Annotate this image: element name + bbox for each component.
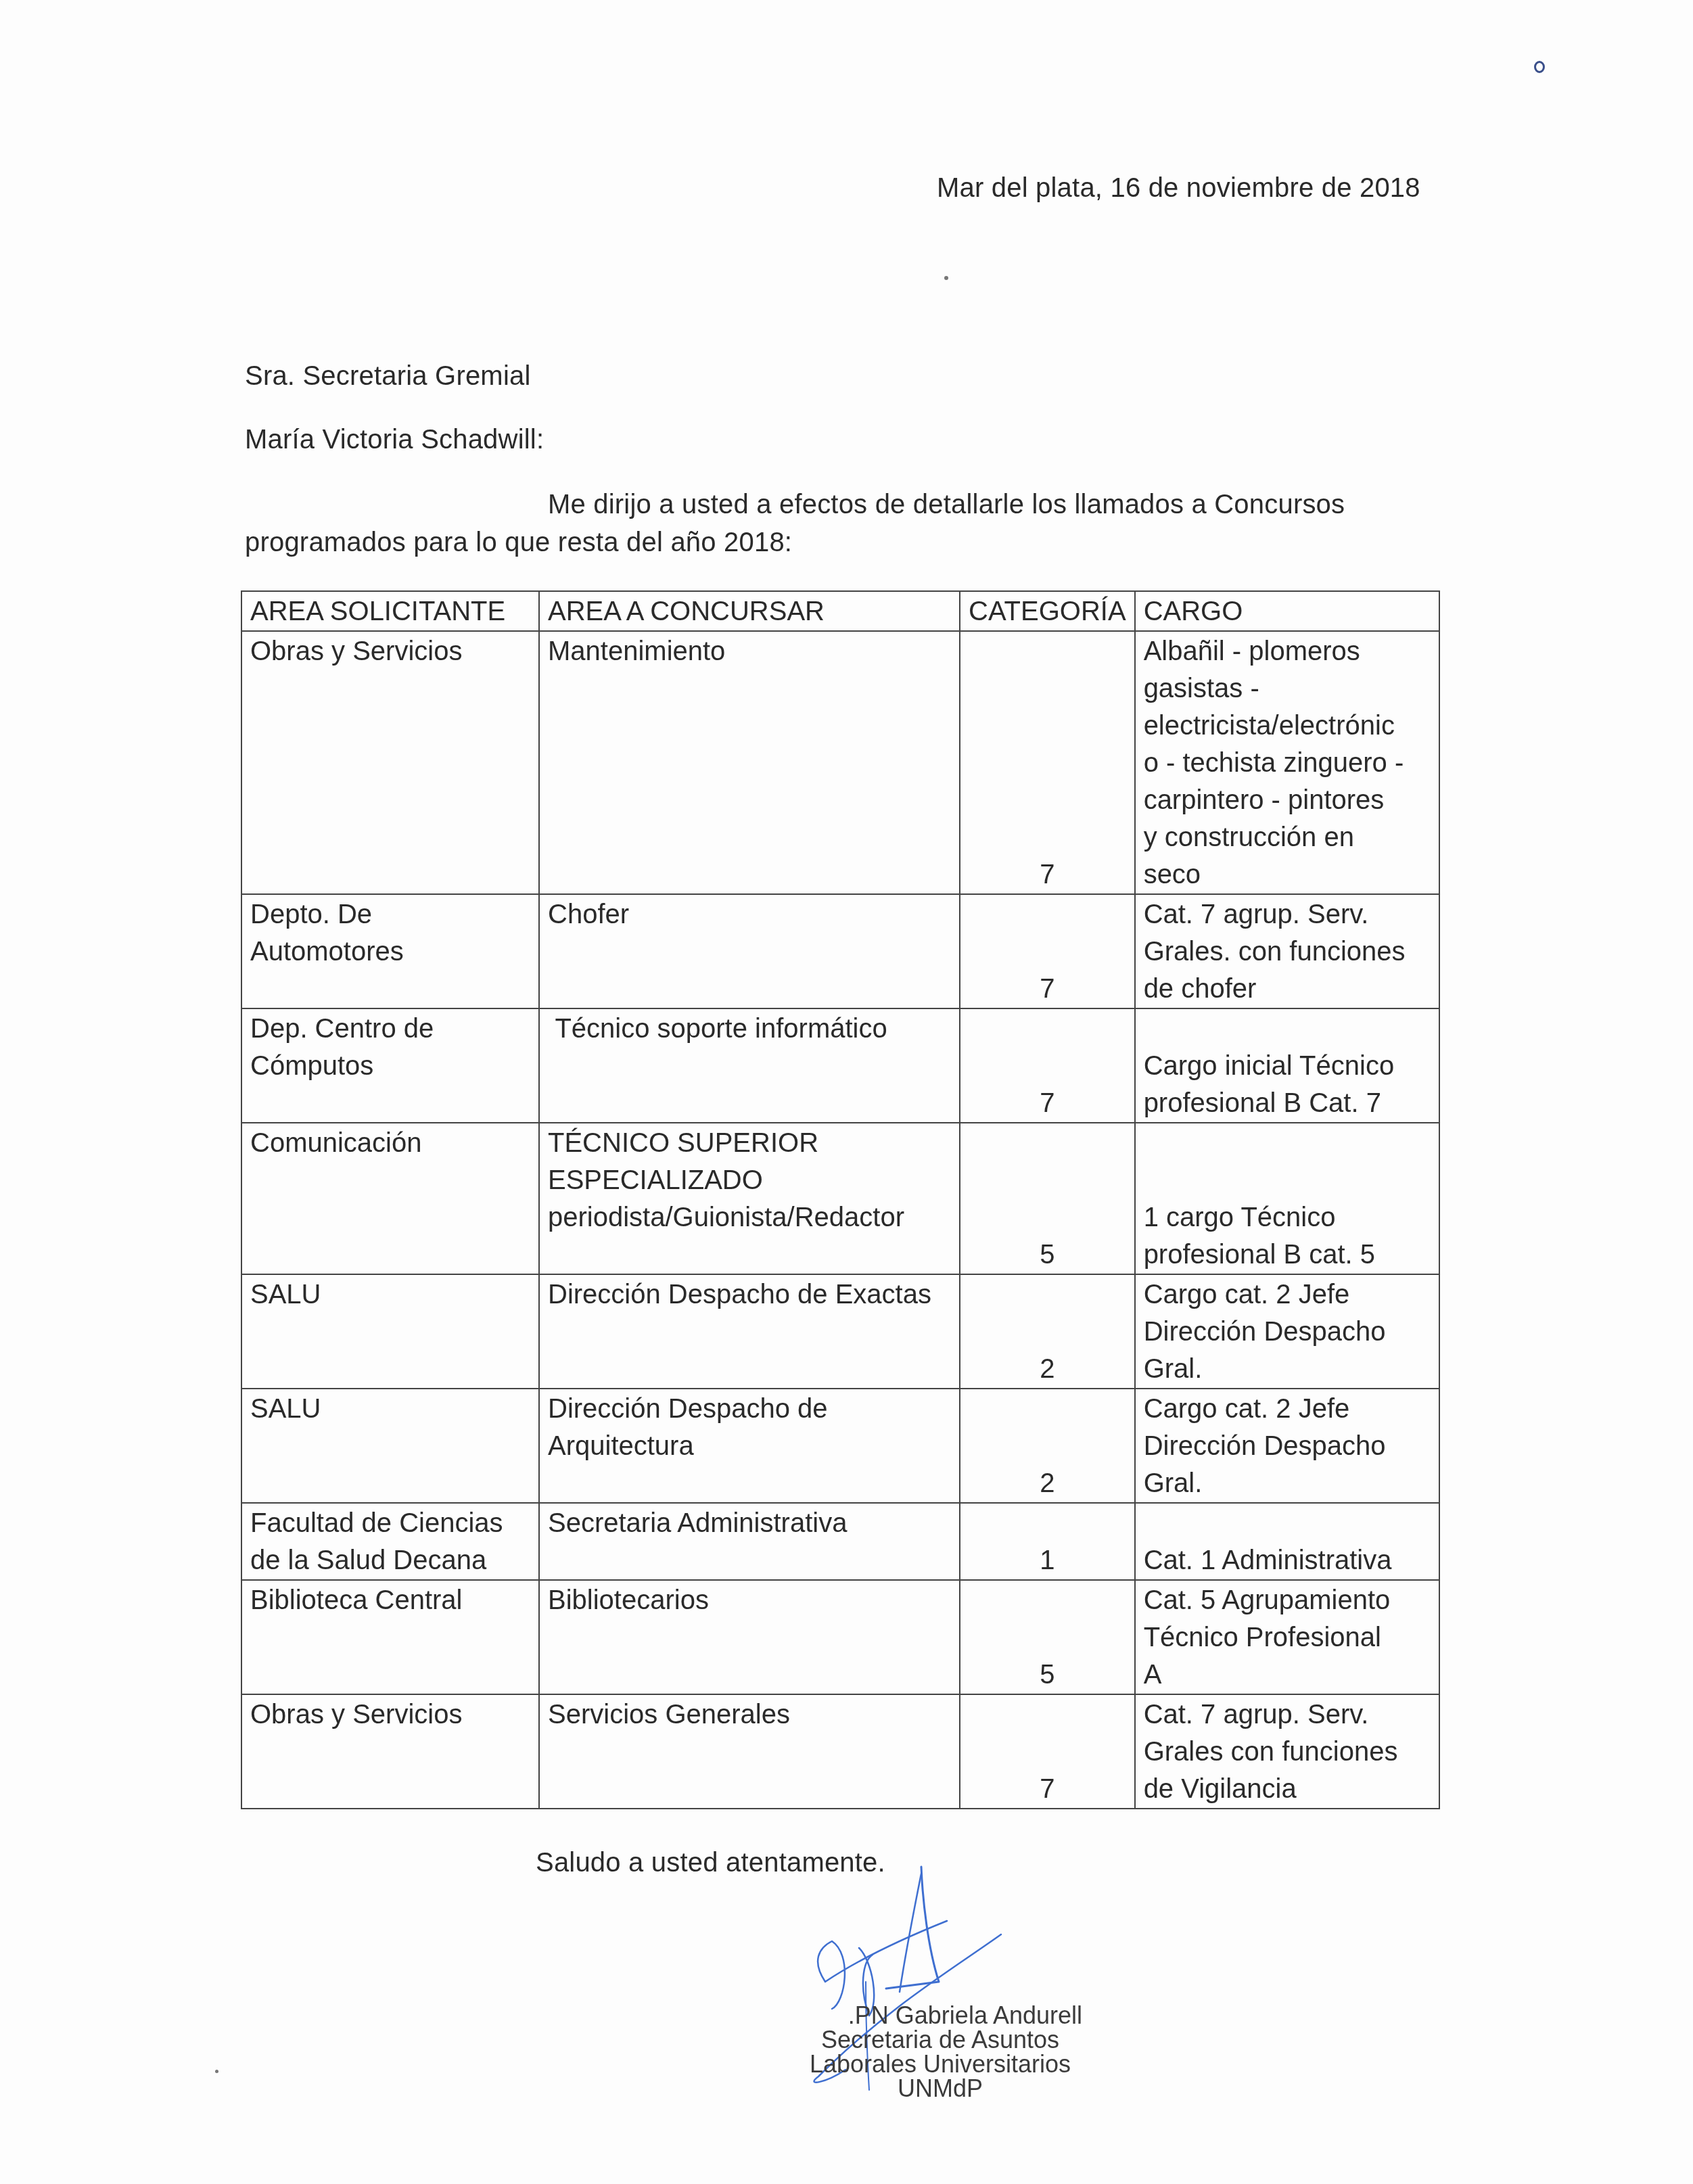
page-number-mark	[1534, 61, 1545, 73]
cell-cargo: Cargo cat. 2 JefeDirección DespachoGral.	[1135, 1274, 1439, 1389]
cell-area-concursar: Secretaria Administrativa	[539, 1503, 960, 1580]
cell-cargo-line: gasistas -	[1144, 670, 1435, 707]
cell-area-concursar-line: periodista/Guionista/Redactor	[548, 1199, 951, 1236]
cell-cargo: Cat. 7 agrup. Serv.Grales con funcionesd…	[1135, 1694, 1439, 1809]
cell-area-concursar-line: Secretaria Administrativa	[548, 1505, 951, 1542]
cell-area-concursar-line: TÉCNICO SUPERIOR	[548, 1125, 951, 1162]
table-row: SALUDirección Despacho deArquitectura2Ca…	[241, 1389, 1439, 1503]
cell-cargo-line	[1144, 1162, 1435, 1199]
cell-cargo-line: de chofer	[1144, 971, 1435, 1008]
cell-area-solicitante-line: de la Salud Decana	[250, 1542, 530, 1579]
table-row: Biblioteca CentralBibliotecarios5Cat. 5 …	[241, 1580, 1439, 1694]
cell-cargo-line: A	[1144, 1656, 1435, 1694]
cell-area-solicitante: SALU	[241, 1389, 539, 1503]
cell-cargo: Cat. 5 AgrupamientoTécnico ProfesionalA	[1135, 1580, 1439, 1694]
column-header-area-solicitante: AREA SOLICITANTE	[241, 591, 539, 631]
cell-area-solicitante-line: SALU	[250, 1391, 530, 1428]
scan-speck	[215, 2070, 218, 2073]
cell-area-solicitante: SALU	[241, 1274, 539, 1389]
cell-cargo-line	[1144, 1010, 1435, 1048]
column-header-area-concursar: AREA A CONCURSAR	[539, 591, 960, 631]
signer-title-line-2: Laborales Universitarios	[791, 2052, 1089, 2076]
cell-categoria: 7	[960, 894, 1135, 1008]
cell-cargo: Cargo inicial Técnicoprofesional B Cat. …	[1135, 1008, 1439, 1123]
cell-cargo-line: Cat. 1 Administrativa	[1144, 1542, 1435, 1579]
cell-cargo-line: Grales con funciones	[1144, 1734, 1435, 1771]
date-line: Mar del plata, 16 de noviembre de 2018	[937, 169, 1420, 207]
cell-categoria: 5	[960, 1580, 1135, 1694]
cell-area-solicitante-line: Automotores	[250, 933, 530, 971]
table-row: Obras y ServiciosMantenimiento7Albañil -…	[241, 631, 1439, 894]
signer-institution: UNMdP	[791, 2076, 1089, 2101]
cell-categoria: 7	[960, 1008, 1135, 1123]
cell-area-concursar-line: Arquitectura	[548, 1428, 951, 1465]
table-body: Obras y ServiciosMantenimiento7Albañil -…	[241, 631, 1439, 1809]
table-row: Facultad de Cienciasde la Salud DecanaSe…	[241, 1503, 1439, 1580]
cell-area-solicitante: Obras y Servicios	[241, 1694, 539, 1809]
cell-cargo-line: Cargo inicial Técnico	[1144, 1048, 1435, 1085]
cell-cargo-line: Técnico Profesional	[1144, 1619, 1435, 1656]
cell-cargo: Cargo cat. 2 JefeDirección DespachoGral.	[1135, 1389, 1439, 1503]
cell-cargo-line: 1 cargo Técnico	[1144, 1199, 1435, 1236]
cell-cargo-line: Cargo cat. 2 Jefe	[1144, 1276, 1435, 1314]
cell-cargo-line: de Vigilancia	[1144, 1771, 1435, 1808]
concursos-table: AREA SOLICITANTE AREA A CONCURSAR CATEGO…	[241, 590, 1440, 1809]
cell-area-concursar: Bibliotecarios	[539, 1580, 960, 1694]
cell-cargo-line: Cat. 7 agrup. Serv.	[1144, 896, 1435, 933]
cell-area-solicitante: Facultad de Cienciasde la Salud Decana	[241, 1503, 539, 1580]
cell-area-concursar: Mantenimiento	[539, 631, 960, 894]
cell-area-concursar: Chofer	[539, 894, 960, 1008]
cell-area-concursar: Servicios Generales	[539, 1694, 960, 1809]
cell-cargo: Albañil - plomerosgasistas -electricista…	[1135, 631, 1439, 894]
cell-categoria: 2	[960, 1274, 1135, 1389]
cell-area-solicitante-line: Obras y Servicios	[250, 633, 530, 670]
table-row: Depto. DeAutomotoresChofer7Cat. 7 agrup.…	[241, 894, 1439, 1008]
cell-area-concursar-line: Chofer	[548, 896, 951, 933]
signer-name: .PN Gabriela Andurell	[791, 2003, 1089, 2028]
cell-area-solicitante-line: Comunicación	[250, 1125, 530, 1162]
cell-cargo-line: Cat. 5 Agrupamiento	[1144, 1582, 1435, 1619]
table-row: Dep. Centro deCómputos Técnico soporte i…	[241, 1008, 1439, 1123]
cell-cargo-line: y construcción en	[1144, 819, 1435, 856]
cell-area-solicitante-line: Cómputos	[250, 1048, 530, 1085]
cell-cargo: Cat. 7 agrup. Serv.Grales. con funciones…	[1135, 894, 1439, 1008]
column-header-cargo: CARGO	[1135, 591, 1439, 631]
table-row: Obras y ServiciosServicios Generales7Cat…	[241, 1694, 1439, 1809]
cell-cargo-line: electricista/electrónic	[1144, 707, 1435, 745]
cell-cargo-line	[1144, 1505, 1435, 1542]
cell-cargo-line: carpintero - pintores	[1144, 782, 1435, 819]
cell-area-concursar: Técnico soporte informático	[539, 1008, 960, 1123]
cell-categoria: 7	[960, 631, 1135, 894]
cell-area-solicitante: Depto. DeAutomotores	[241, 894, 539, 1008]
cell-cargo-line: Gral.	[1144, 1465, 1435, 1502]
cell-cargo: 1 cargo Técnicoprofesional B cat. 5	[1135, 1123, 1439, 1274]
cell-area-concursar: TÉCNICO SUPERIORESPECIALIZADOperiodista/…	[539, 1123, 960, 1274]
cell-area-concursar: Dirección Despacho deArquitectura	[539, 1389, 960, 1503]
cell-cargo-line: o - techista zinguero -	[1144, 745, 1435, 782]
cell-cargo-line	[1144, 1125, 1435, 1162]
cell-cargo-line: Dirección Despacho	[1144, 1314, 1435, 1351]
cell-area-concursar-line: Servicios Generales	[548, 1696, 951, 1734]
cell-cargo-line: Cargo cat. 2 Jefe	[1144, 1391, 1435, 1428]
cell-area-solicitante-line: Biblioteca Central	[250, 1582, 530, 1619]
cell-cargo: Cat. 1 Administrativa	[1135, 1503, 1439, 1580]
recipient-title: Sra. Secretaria Gremial	[245, 357, 531, 395]
cell-area-solicitante-line: Obras y Servicios	[250, 1696, 530, 1734]
cell-cargo-line: profesional B Cat. 7	[1144, 1085, 1435, 1122]
cell-categoria: 5	[960, 1123, 1135, 1274]
scan-speck	[944, 276, 948, 280]
cell-cargo-line: Albañil - plomeros	[1144, 633, 1435, 670]
cell-area-concursar-line: Bibliotecarios	[548, 1582, 951, 1619]
table-header-row: AREA SOLICITANTE AREA A CONCURSAR CATEGO…	[241, 591, 1439, 631]
intro-paragraph-line-2: programados para lo que resta del año 20…	[245, 524, 792, 561]
cell-area-solicitante: Dep. Centro deCómputos	[241, 1008, 539, 1123]
cell-area-solicitante-line: Depto. De	[250, 896, 530, 933]
cell-categoria: 1	[960, 1503, 1135, 1580]
intro-paragraph-line-1: Me dirijo a usted a efectos de detallarl…	[548, 486, 1345, 524]
cell-cargo-line: Cat. 7 agrup. Serv.	[1144, 1696, 1435, 1734]
cell-area-concursar: Dirección Despacho de Exactas	[539, 1274, 960, 1389]
cell-categoria: 7	[960, 1694, 1135, 1809]
cell-area-concursar-line: Dirección Despacho de Exactas	[548, 1276, 951, 1314]
cell-area-solicitante: Obras y Servicios	[241, 631, 539, 894]
cell-area-solicitante: Biblioteca Central	[241, 1580, 539, 1694]
cell-area-solicitante-line: Facultad de Ciencias	[250, 1505, 530, 1542]
cell-area-solicitante: Comunicación	[241, 1123, 539, 1274]
cell-cargo-line: seco	[1144, 856, 1435, 893]
recipient-name: María Victoria Schadwill:	[245, 421, 544, 459]
cell-cargo-line: Dirección Despacho	[1144, 1428, 1435, 1465]
cell-cargo-line: Grales. con funciones	[1144, 933, 1435, 971]
table-row: ComunicaciónTÉCNICO SUPERIORESPECIALIZAD…	[241, 1123, 1439, 1274]
cell-area-concursar-line: Técnico soporte informático	[548, 1010, 951, 1048]
cell-categoria: 2	[960, 1389, 1135, 1503]
signer-title-line-1: Secretaria de Asuntos	[791, 2028, 1089, 2052]
cell-cargo-line: profesional B cat. 5	[1144, 1236, 1435, 1274]
column-header-categoria: CATEGORÍA	[960, 591, 1135, 631]
cell-area-concursar-line: ESPECIALIZADO	[548, 1162, 951, 1199]
signature-block: .PN Gabriela Andurell Secretaria de Asun…	[791, 2003, 1089, 2101]
cell-area-concursar-line: Dirección Despacho de	[548, 1391, 951, 1428]
cell-area-solicitante-line: Dep. Centro de	[250, 1010, 530, 1048]
cell-area-solicitante-line: SALU	[250, 1276, 530, 1314]
cell-area-concursar-line: Mantenimiento	[548, 633, 951, 670]
cell-cargo-line: Gral.	[1144, 1351, 1435, 1388]
table-row: SALUDirección Despacho de Exactas2Cargo …	[241, 1274, 1439, 1389]
